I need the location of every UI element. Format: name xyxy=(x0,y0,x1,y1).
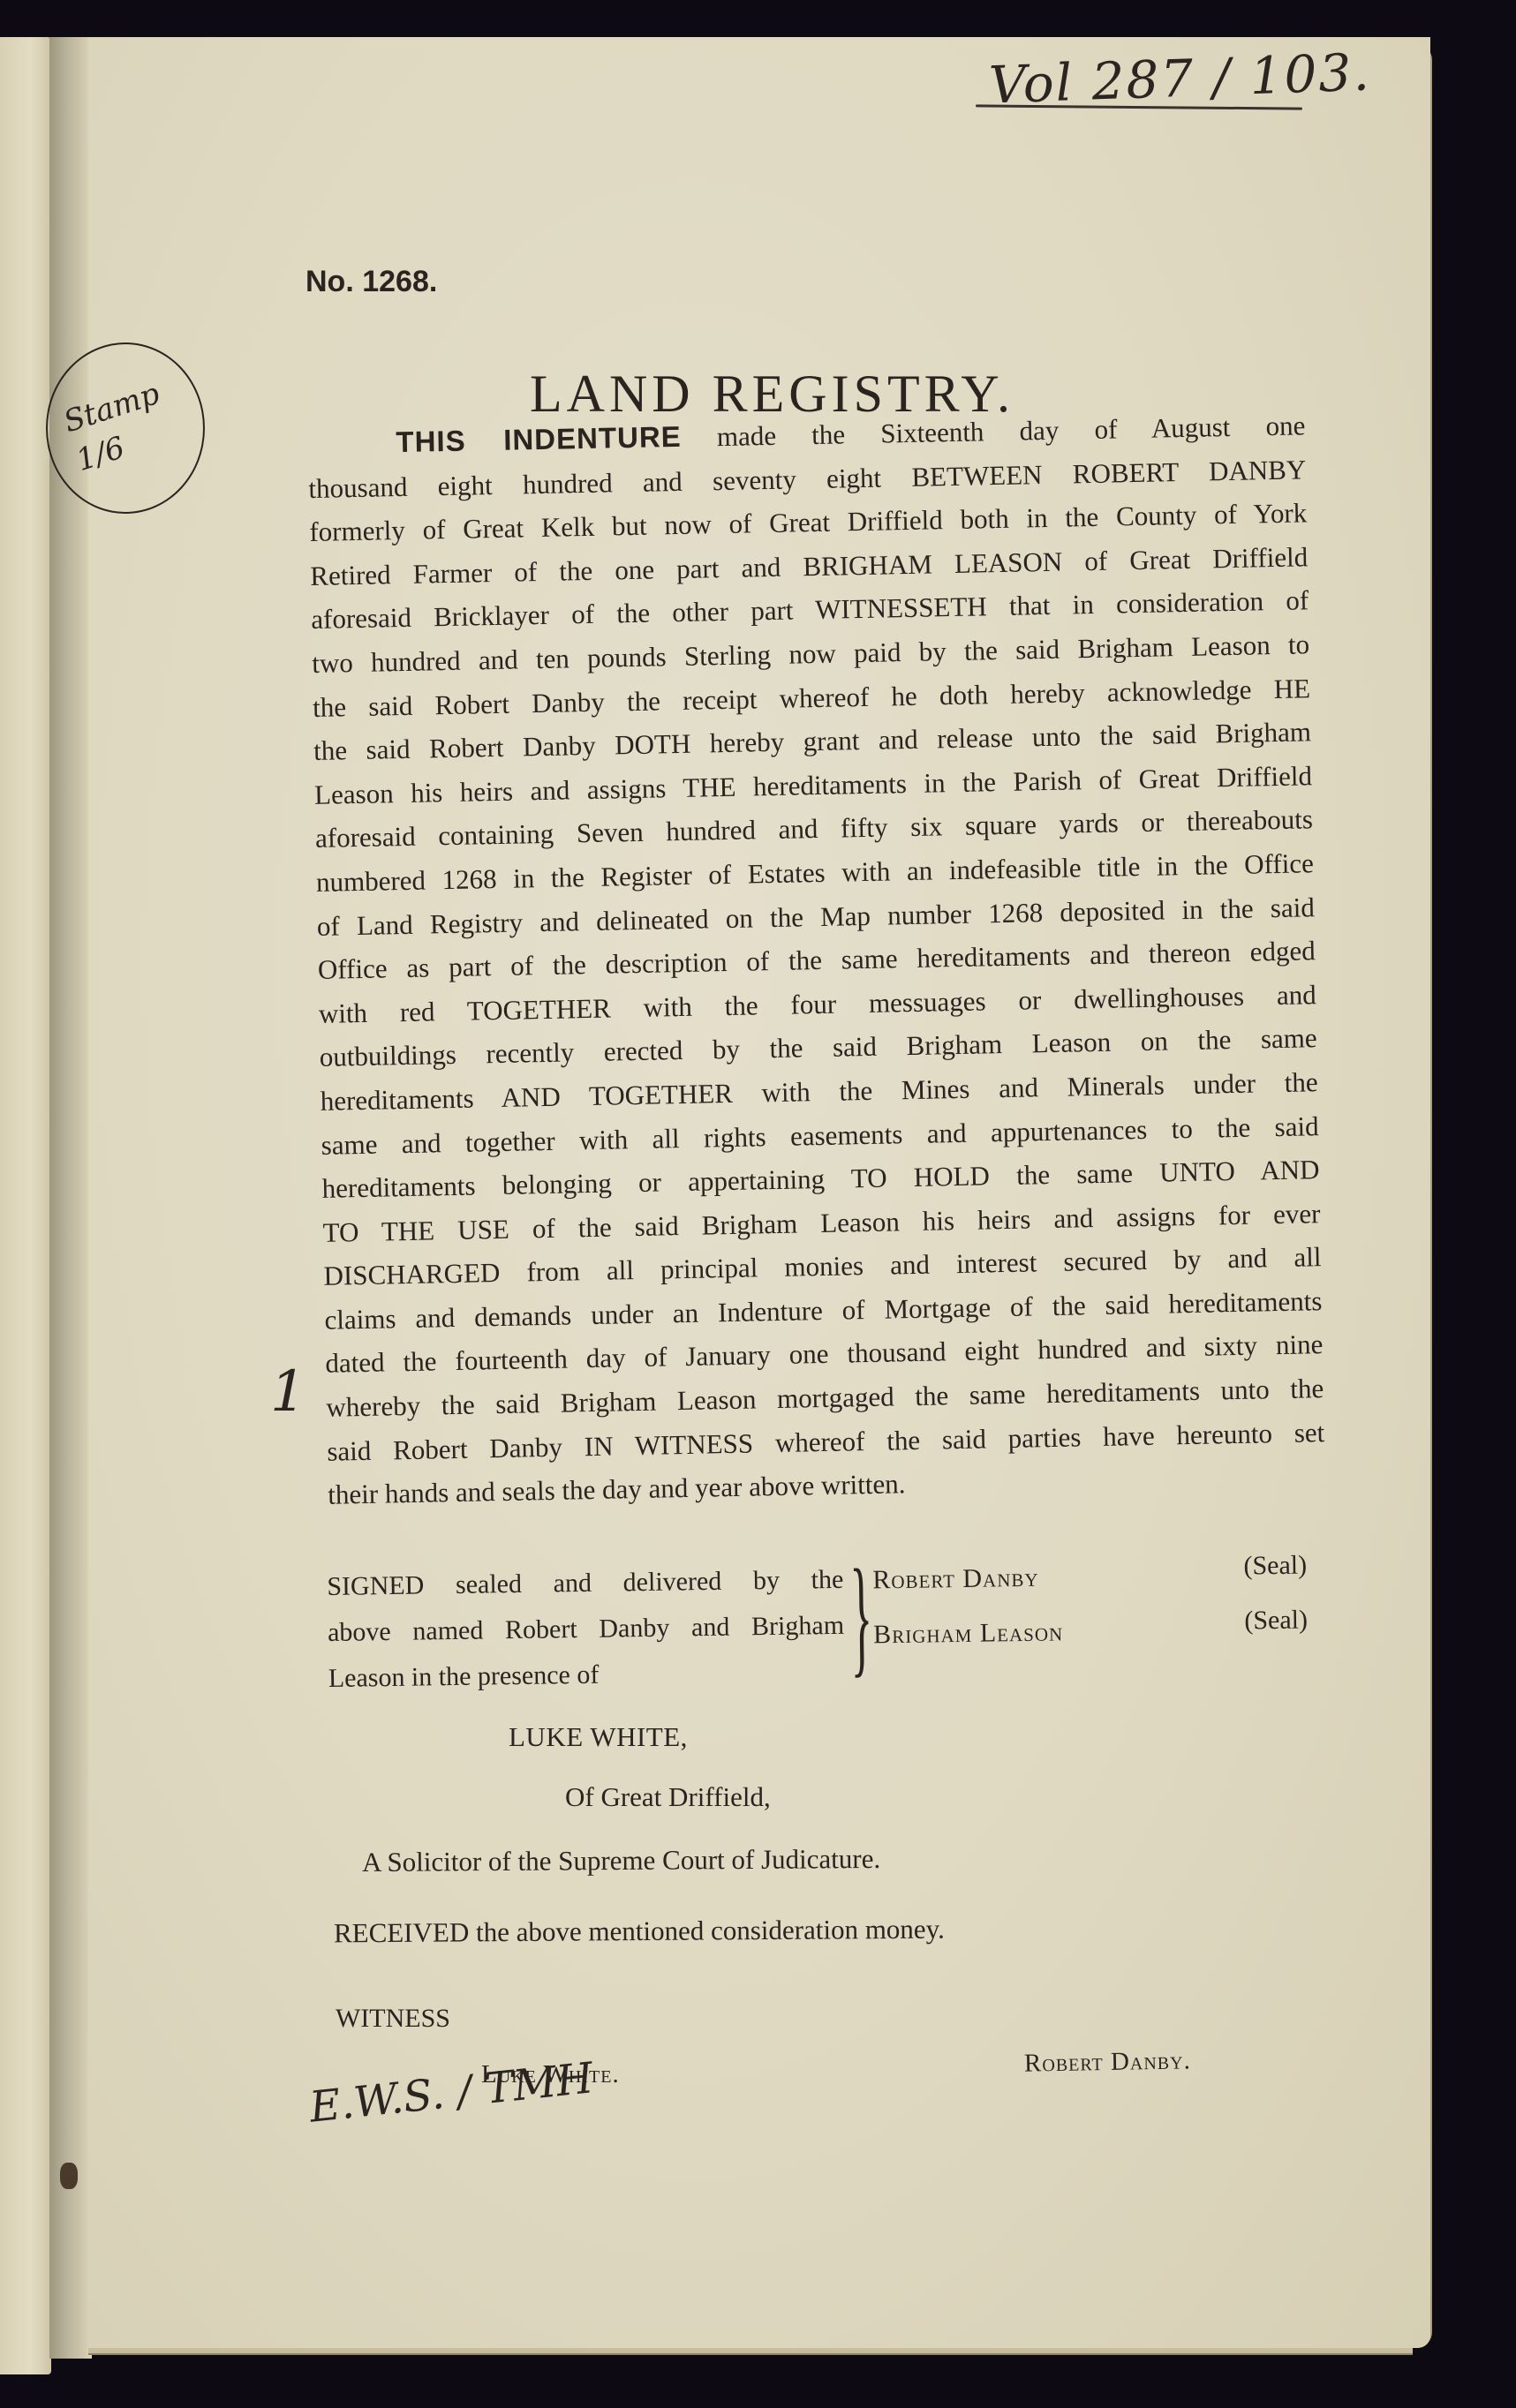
solicitor-title: A Solicitor of the Supreme Court of Judi… xyxy=(362,1843,880,1878)
indenture-lead: THIS INDENTURE xyxy=(307,420,682,460)
margin-handwritten-mark: 1 xyxy=(270,1359,306,1425)
binding-hole xyxy=(60,2163,78,2189)
solicitor-place: Of Great Driffield, xyxy=(565,1781,771,1813)
facing-page-edge xyxy=(0,37,51,2374)
signing-clause-line: above named Robert Danby and Brigham xyxy=(328,1603,845,1656)
receipt-clause: RECEIVED the above mentioned considerati… xyxy=(334,1914,945,1950)
seal-label: (Seal) xyxy=(1243,1551,1307,1582)
indenture-body: THIS INDENTURE made the Sixteenth day of… xyxy=(307,403,1326,1516)
signing-clause-line: Leason in the presence of xyxy=(328,1649,845,1702)
grantor-name: Robert Danby. xyxy=(1024,2046,1191,2078)
brace-icon: } xyxy=(849,1549,873,1682)
signatory-name: Robert Danby xyxy=(872,1563,1039,1596)
signatory-name: Brigham Leason xyxy=(873,1617,1063,1650)
signing-clause: SIGNED sealed and delivered by the above… xyxy=(327,1557,845,1702)
solicitor-name: LUKE WHITE, xyxy=(509,1721,688,1753)
signing-clause-line: SIGNED sealed and delivered by the xyxy=(327,1557,844,1610)
witness-label: WITNESS xyxy=(336,2004,450,2034)
document-number: No. 1268. xyxy=(305,265,437,299)
seal-label: (Seal) xyxy=(1244,1605,1308,1636)
